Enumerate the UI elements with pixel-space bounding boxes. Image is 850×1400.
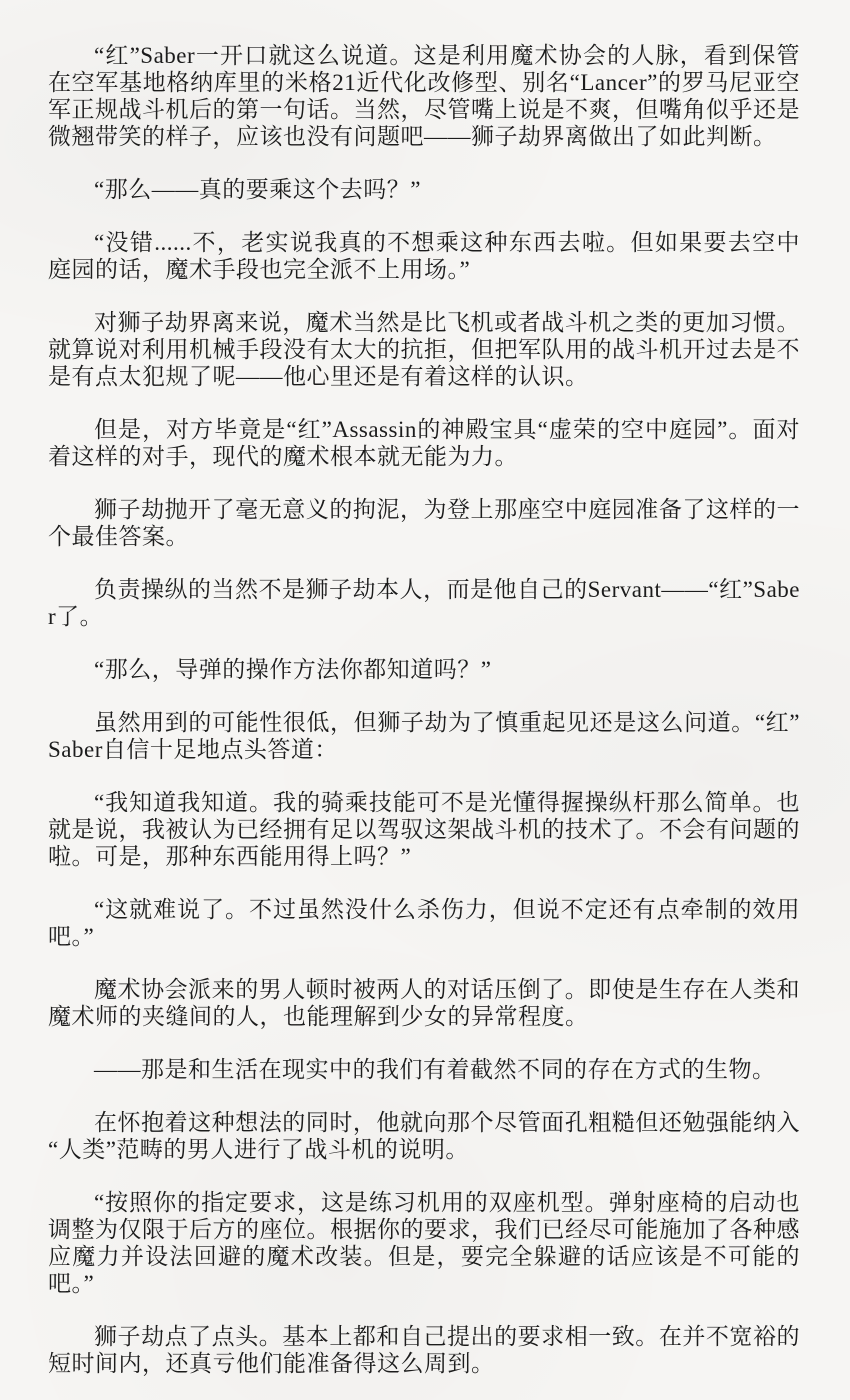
paragraph: 狮子劫抛开了毫无意义的拘泥，为登上那座空中庭园准备了这样的一个最佳答案。 [48,496,800,550]
paragraph: “红”Saber一开口就这么说道。这是利用魔术协会的人脉，看到保管在空军基地格纳… [48,42,800,150]
paragraph: “按照你的指定要求，这是练习机用的双座机型。弹射座椅的启动也调整为仅限于后方的座… [48,1189,800,1297]
paragraph: ——那是和生活在现实中的我们有着截然不同的存在方式的生物。 [48,1056,800,1083]
paragraph: 但是，对方毕竟是“红”Assassin的神殿宝具“虚荣的空中庭园”。面对着这样的… [48,416,800,470]
paragraph: 狮子劫点了点头。基本上都和自己提出的要求相一致。在并不宽裕的短时间内，还真亏他们… [48,1323,800,1377]
paragraph: “那么，导弹的操作方法你都知道吗？” [48,656,800,683]
paragraph: 魔术协会派来的男人顿时被两人的对话压倒了。即使是生存在人类和魔术师的夹缝间的人，… [48,976,800,1030]
paragraph: 虽然用到的可能性很低，但狮子劫为了慎重起见还是这么问道。“红”Saber自信十足… [48,709,800,763]
paragraph: “没错......不，老实说我真的不想乘这种东西去啦。但如果要去空中庭园的话，魔… [48,229,800,283]
paragraph: “那么——真的要乘这个去吗？” [48,176,800,203]
paragraph: 负责操纵的当然不是狮子劫本人，而是他自己的Servant——“红”Saber了。 [48,576,800,630]
paragraph: 对狮子劫界离来说，魔术当然是比飞机或者战斗机之类的更加习惯。就算说对利用机械手段… [48,309,800,390]
paragraph: “这就难说了。不过虽然没什么杀伤力，但说不定还有点牵制的效用吧。” [48,896,800,950]
paragraph: “我知道我知道。我的骑乘技能可不是光懂得握操纵杆那么简单。也就是说，我被认为已经… [48,789,800,870]
paragraph: 在怀抱着这种想法的同时，他就向那个尽管面孔粗糙但还勉强能纳入“人类”范畴的男人进… [48,1109,800,1163]
novel-page: “红”Saber一开口就这么说道。这是利用魔术协会的人脉，看到保管在空军基地格纳… [0,0,850,1400]
